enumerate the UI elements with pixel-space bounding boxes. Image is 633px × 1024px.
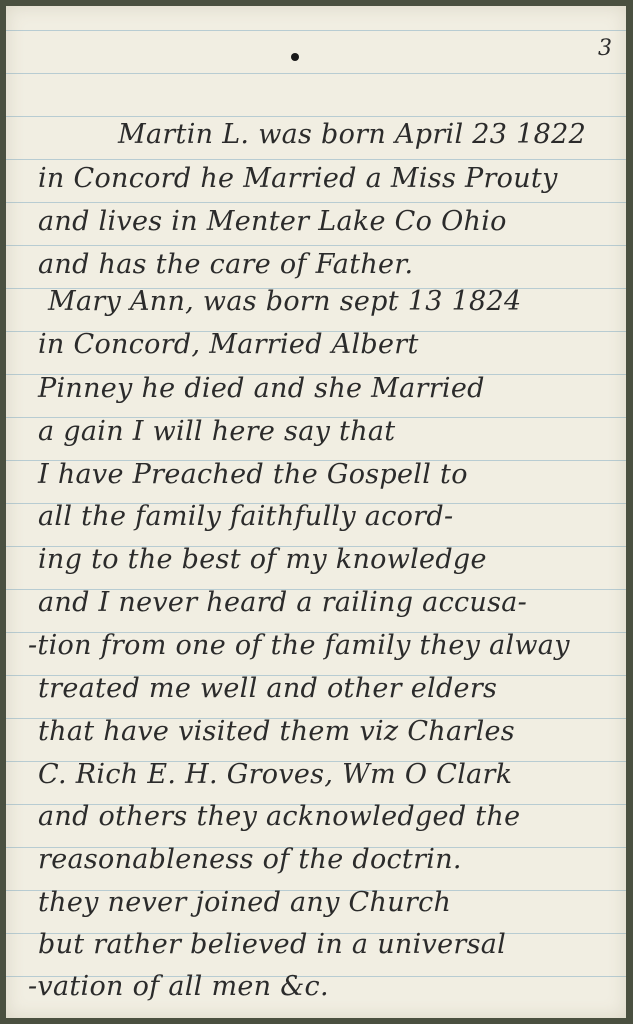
text-line: in Concord, Married Albert [38,328,618,362]
text-line: reasonableness of the doctrin. [38,843,618,877]
text-line: a gain I will here say that [38,415,618,449]
ink-blot [291,53,299,61]
text-line: that have visited them viz Charles [38,715,618,749]
text-line: but rather believed in a universal [38,928,618,962]
text-line: and has the care of Father. [38,248,618,282]
text-line: and I never heard a railing accusa- [38,586,618,620]
text-line: all the family faithfully acord- [38,500,618,534]
text-line: treated me well and other elders [38,672,618,706]
page-number: 3 [598,36,612,61]
manuscript-page: 3 Martin L. was born April 23 1822 in Co… [6,6,626,1018]
text-line: Pinney he died and she Married [38,372,618,406]
text-line: -vation of all men &c. [28,970,618,1004]
text-line: they never joined any Church [38,886,618,920]
text-line: -tion from one of the family they alway [28,629,618,663]
text-line: and lives in Menter Lake Co Ohio [38,205,618,239]
text-line: ing to the best of my knowledge [38,543,618,577]
text-line: and others they acknowledged the [38,800,618,834]
text-line: Mary Ann, was born sept 13 1824 [48,285,618,319]
text-line: I have Preached the Gospell to [38,458,618,492]
text-line: Martin L. was born April 23 1822 [118,118,618,152]
text-line: C. Rich E. H. Groves, Wm O Clark [38,758,618,792]
text-line: in Concord he Married a Miss Prouty [38,162,618,196]
